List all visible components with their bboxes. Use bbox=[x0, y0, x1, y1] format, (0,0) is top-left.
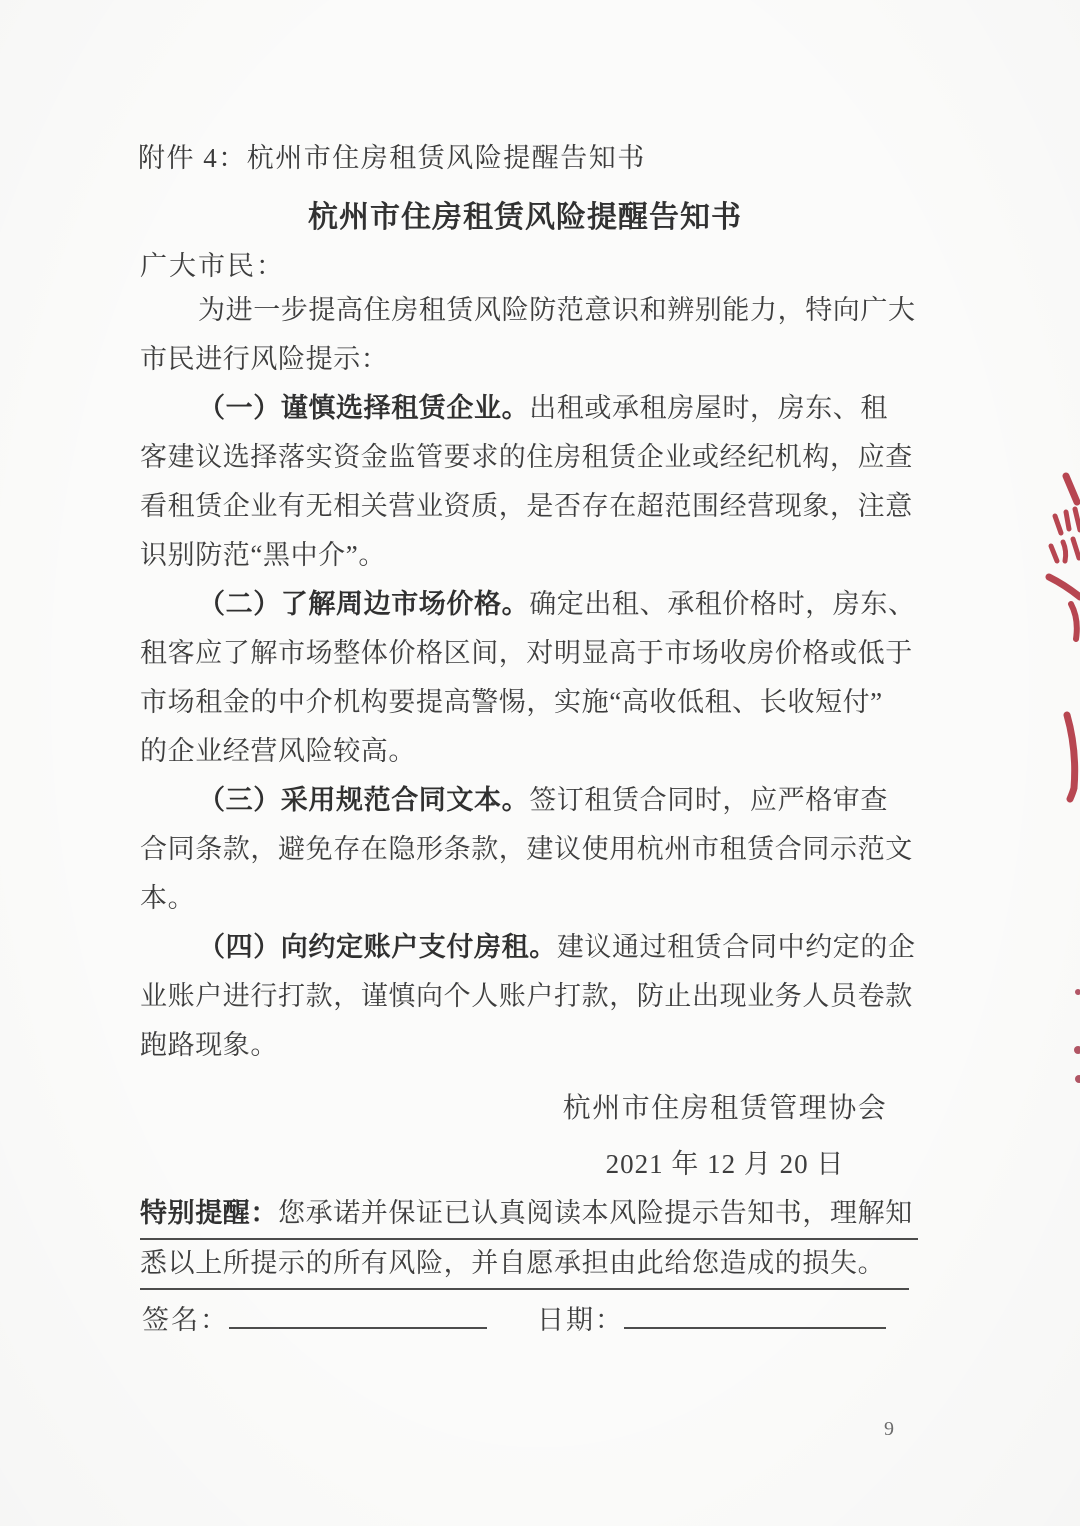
body-text: 为进一步提高住房租赁风险防范意识和辨别能力，特向广大 bbox=[198, 295, 916, 325]
body-line: 客建议选择落实资金监管要求的住房租赁企业或经纪机构，应查 bbox=[140, 433, 918, 482]
special-reminder: 特别提醒：您承诺并保证已认真阅读本风险提示告知书，理解知 悉以上所提示的所有风险… bbox=[140, 1190, 918, 1290]
document-page: 附件 4：杭州市住房租赁风险提醒告知书 杭州市住房租赁风险提醒告知书 广大市民：… bbox=[0, 0, 1080, 1526]
body-line: 合同条款，避免存在隐形条款，建议使用杭州市租赁合同示范文 bbox=[140, 825, 918, 874]
section-heading: （一）谨慎选择租赁企业。 bbox=[198, 393, 529, 423]
body-text: 确定出租、承租价格时，房东、 bbox=[529, 589, 915, 619]
red-stamp-marks-icon bbox=[1036, 458, 1080, 1118]
reminder-line-1: 特别提醒：您承诺并保证已认真阅读本风险提示告知书，理解知 bbox=[140, 1190, 918, 1240]
body-line: 跑路现象。 bbox=[140, 1021, 918, 1070]
date-label: 日期： bbox=[537, 1305, 624, 1335]
body-text: 合同条款，避免存在隐形条款，建议使用杭州市租赁合同示范文 bbox=[140, 834, 913, 864]
body-line: （二）了解周边市场价格。确定出租、承租价格时，房东、 bbox=[140, 580, 918, 629]
issue-date: 2021 年 12 月 20 日 bbox=[520, 1142, 930, 1181]
document-body: 为进一步提高住房租赁风险防范意识和辨别能力，特向广大市民进行风险提示：（一）谨慎… bbox=[140, 286, 918, 1070]
body-line: 租客应了解市场整体价格区间，对明显高于市场收房价格或低于 bbox=[140, 629, 918, 678]
date-blank-line[interactable] bbox=[624, 1298, 886, 1329]
section-heading: （三）采用规范合同文本。 bbox=[198, 785, 529, 815]
signature-blank-line[interactable] bbox=[229, 1298, 487, 1329]
body-line: 市场租金的中介机构要提高警惕，实施“高收低租、长收短付” bbox=[140, 678, 918, 727]
body-text: 签订租赁合同时，应严格审查 bbox=[529, 785, 888, 815]
body-text: 看租赁企业有无相关营业资质，是否存在超范围经营现象，注意 bbox=[140, 491, 913, 521]
body-line: 识别防范“黑中介”。 bbox=[140, 531, 918, 580]
body-line: （一）谨慎选择租赁企业。出租或承租房屋时，房东、租 bbox=[140, 384, 918, 433]
reminder-text: 您承诺并保证已认真阅读本风险提示告知书，理解知 bbox=[278, 1198, 913, 1228]
body-text: 本。 bbox=[140, 883, 195, 913]
body-text: 业账户进行打款，谨慎向个人账户打款，防止出现业务人员卷款 bbox=[140, 981, 913, 1011]
issuer-name: 杭州市住房租赁管理协会 bbox=[520, 1086, 930, 1126]
section-heading: （四）向约定账户支付房租。 bbox=[198, 932, 557, 962]
reminder-line-2: 悉以上所提示的所有风险，并自愿承担由此给您造成的损失。 bbox=[140, 1240, 909, 1290]
signature-row: 签名：日期： bbox=[142, 1298, 886, 1337]
body-line: （三）采用规范合同文本。签订租赁合同时，应严格审查 bbox=[140, 776, 918, 825]
body-text: 的企业经营风险较高。 bbox=[140, 736, 416, 766]
body-text: 识别防范“黑中介”。 bbox=[140, 540, 386, 570]
body-line: （四）向约定账户支付房租。建议通过租赁合同中约定的企 bbox=[140, 923, 918, 972]
body-line: 为进一步提高住房租赁风险防范意识和辨别能力，特向广大 bbox=[140, 286, 918, 335]
body-line: 的企业经营风险较高。 bbox=[140, 727, 918, 776]
body-line: 市民进行风险提示： bbox=[140, 335, 918, 384]
section-heading: （二）了解周边市场价格。 bbox=[198, 589, 529, 619]
body-line: 本。 bbox=[140, 874, 918, 923]
salutation: 广大市民： bbox=[140, 244, 285, 283]
body-text: 跑路现象。 bbox=[140, 1030, 278, 1060]
page-number: 9 bbox=[884, 1418, 895, 1441]
body-text: 租客应了解市场整体价格区间，对明显高于市场收房价格或低于 bbox=[140, 638, 913, 668]
body-text: 市民进行风险提示： bbox=[140, 344, 388, 374]
body-line: 业账户进行打款，谨慎向个人账户打款，防止出现业务人员卷款 bbox=[140, 972, 918, 1021]
page-title: 杭州市住房租赁风险提醒告知书 bbox=[140, 192, 910, 236]
body-line: 看租赁企业有无相关营业资质，是否存在超范围经营现象，注意 bbox=[140, 482, 918, 531]
body-text: 建议通过租赁合同中约定的企 bbox=[557, 932, 916, 962]
signature-label: 签名： bbox=[142, 1305, 229, 1335]
body-text: 客建议选择落实资金监管要求的住房租赁企业或经纪机构，应查 bbox=[140, 442, 913, 472]
reminder-label: 特别提醒： bbox=[140, 1198, 278, 1228]
body-text: 市场租金的中介机构要提高警惕，实施“高收低租、长收短付” bbox=[140, 687, 883, 717]
attachment-label: 附件 4：杭州市住房租赁风险提醒告知书 bbox=[138, 136, 646, 175]
body-text: 出租或承租房屋时，房东、租 bbox=[529, 393, 888, 423]
